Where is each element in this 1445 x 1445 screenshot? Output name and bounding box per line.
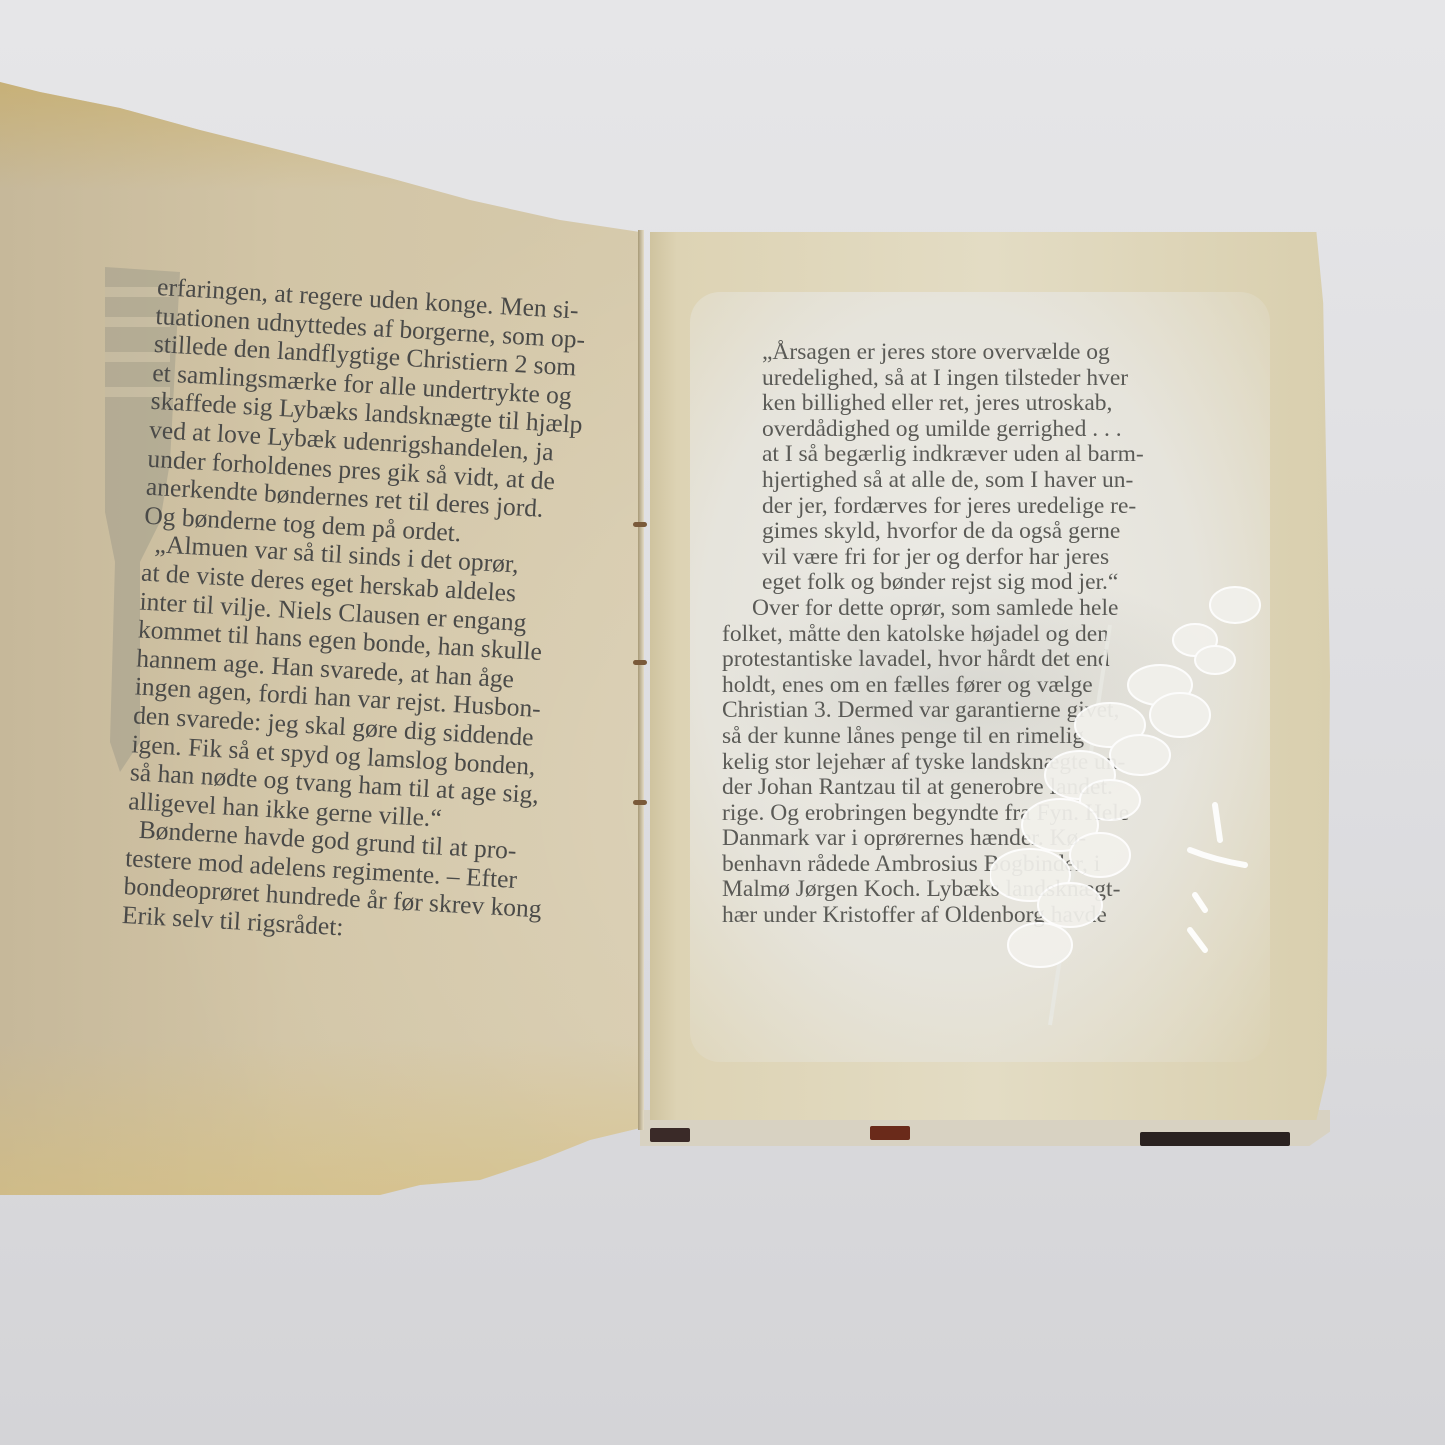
photo-scene: erfaringen, at regere uden konge. Men si… [0,0,1445,1445]
text-line: hjertighed så at alle de, som I haver un… [762,468,1132,494]
binding-stitch [633,660,647,665]
yellow-wash-top [0,80,640,190]
text-line: gimes skyld, hvorfor de da også gerne [762,519,1132,545]
text-line: der jer, fordærves for jeres uredelige r… [762,494,1132,520]
cover-print-patch [870,1126,910,1140]
cover-print-patch [1140,1132,1290,1146]
book-spine [638,230,644,1130]
text-line: „Årsagen er jeres store overvælde og [762,340,1132,366]
embossed-floral-motif [990,565,1330,1045]
yellow-wash-bottom [0,1040,640,1200]
text-line: overdådighed og umilde gerrighed . . . [762,417,1132,443]
text-line: uredelighed, så at I ingen tilsteder hve… [762,366,1132,392]
text-line: at I så begærlig indkræver uden al barm- [762,442,1132,468]
text-line: ken billighed eller ret, jeres utroskab, [762,391,1132,417]
left-page-text: erfaringen, at regere uden konge. Men si… [121,273,597,954]
binding-stitch [633,800,647,805]
binding-stitch [633,522,647,527]
cover-print-patch [650,1128,690,1142]
